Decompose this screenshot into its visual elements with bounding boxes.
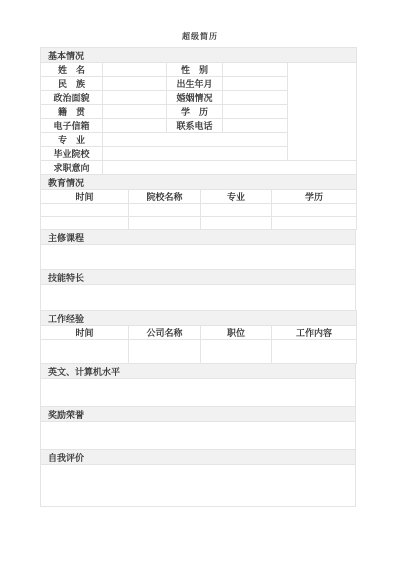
section-header-education: 教育情况 bbox=[41, 175, 357, 190]
work-experience-table: 工作经验 时间 公司名称 职位 工作内容 bbox=[40, 310, 357, 364]
education-col-school: 院校名称 bbox=[129, 190, 201, 204]
field-major[interactable] bbox=[103, 133, 288, 147]
page-title: 超级简历 bbox=[0, 31, 400, 42]
field-native-place[interactable] bbox=[103, 105, 167, 119]
label-gender: 性 别 bbox=[167, 63, 223, 77]
main-courses-content[interactable] bbox=[41, 245, 356, 270]
label-email: 电子信箱 bbox=[41, 119, 103, 133]
section-header-basic-info: 基本情况 bbox=[41, 48, 357, 63]
field-phone[interactable] bbox=[223, 119, 288, 133]
field-email[interactable] bbox=[103, 119, 167, 133]
field-ethnicity[interactable] bbox=[103, 77, 167, 91]
label-degree: 学 历 bbox=[167, 105, 223, 119]
english-computer-content[interactable] bbox=[41, 379, 356, 407]
education-cell-degree[interactable] bbox=[272, 204, 357, 217]
section-header-skills: 技能特长 bbox=[41, 270, 356, 285]
skills-table: 技能特长 bbox=[40, 269, 356, 311]
section-header-main-courses: 主修课程 bbox=[41, 230, 356, 245]
self-evaluation-content[interactable] bbox=[41, 465, 356, 507]
education-cell-major[interactable] bbox=[201, 204, 272, 217]
education-cell-degree[interactable] bbox=[272, 217, 357, 230]
self-evaluation-table: 自我评价 bbox=[40, 449, 356, 507]
label-native-place: 籍 贯 bbox=[41, 105, 103, 119]
work-cell-time[interactable] bbox=[41, 340, 129, 364]
section-header-english-computer: 英文、计算机水平 bbox=[41, 364, 356, 379]
education-col-time: 时间 bbox=[41, 190, 129, 204]
field-birth-date[interactable] bbox=[223, 77, 288, 91]
basic-info-table: 基本情况 姓 名 性 别 民 族 出生年月 政治面貌 婚姻情况 bbox=[40, 47, 357, 175]
label-marital-status: 婚姻情况 bbox=[167, 91, 223, 105]
education-table: 教育情况 时间 院校名称 专业 学历 bbox=[40, 174, 357, 230]
work-col-position: 职位 bbox=[201, 326, 272, 340]
label-job-intention: 求职意向 bbox=[41, 161, 103, 175]
english-computer-table: 英文、计算机水平 bbox=[40, 363, 356, 407]
label-major: 专 业 bbox=[41, 133, 103, 147]
work-cell-company[interactable] bbox=[129, 340, 201, 364]
education-cell-school[interactable] bbox=[129, 204, 201, 217]
education-row bbox=[41, 217, 357, 230]
education-cell-major[interactable] bbox=[201, 217, 272, 230]
skills-content[interactable] bbox=[41, 285, 356, 311]
label-political-status: 政治面貌 bbox=[41, 91, 103, 105]
label-ethnicity: 民 族 bbox=[41, 77, 103, 91]
field-name[interactable] bbox=[103, 63, 167, 77]
field-gender[interactable] bbox=[223, 63, 288, 77]
education-row bbox=[41, 204, 357, 217]
work-cell-duties[interactable] bbox=[272, 340, 357, 364]
field-job-intention[interactable] bbox=[103, 161, 357, 175]
education-col-degree: 学历 bbox=[272, 190, 357, 204]
field-degree[interactable] bbox=[223, 105, 288, 119]
work-cell-position[interactable] bbox=[201, 340, 272, 364]
photo-cell[interactable] bbox=[288, 63, 357, 161]
field-graduate-school[interactable] bbox=[103, 147, 288, 161]
label-birth-date: 出生年月 bbox=[167, 77, 223, 91]
awards-table: 奖励荣誉 bbox=[40, 406, 356, 450]
education-cell-time[interactable] bbox=[41, 204, 129, 217]
resume-form: 基本情况 姓 名 性 别 民 族 出生年月 政治面貌 婚姻情况 bbox=[40, 47, 356, 507]
education-cell-time[interactable] bbox=[41, 217, 129, 230]
label-name: 姓 名 bbox=[41, 63, 103, 77]
section-header-self-evaluation: 自我评价 bbox=[41, 450, 356, 465]
work-col-time: 时间 bbox=[41, 326, 129, 340]
section-header-awards: 奖励荣誉 bbox=[41, 407, 356, 422]
label-graduate-school: 毕业院校 bbox=[41, 147, 103, 161]
label-phone: 联系电话 bbox=[167, 119, 223, 133]
work-col-company: 公司名称 bbox=[129, 326, 201, 340]
main-courses-table: 主修课程 bbox=[40, 229, 356, 270]
education-col-major: 专业 bbox=[201, 190, 272, 204]
field-marital-status[interactable] bbox=[223, 91, 288, 105]
field-political-status[interactable] bbox=[103, 91, 167, 105]
awards-content[interactable] bbox=[41, 422, 356, 450]
work-col-duties: 工作内容 bbox=[272, 326, 357, 340]
section-header-work-experience: 工作经验 bbox=[41, 311, 357, 326]
education-cell-school[interactable] bbox=[129, 217, 201, 230]
work-row bbox=[41, 340, 357, 364]
